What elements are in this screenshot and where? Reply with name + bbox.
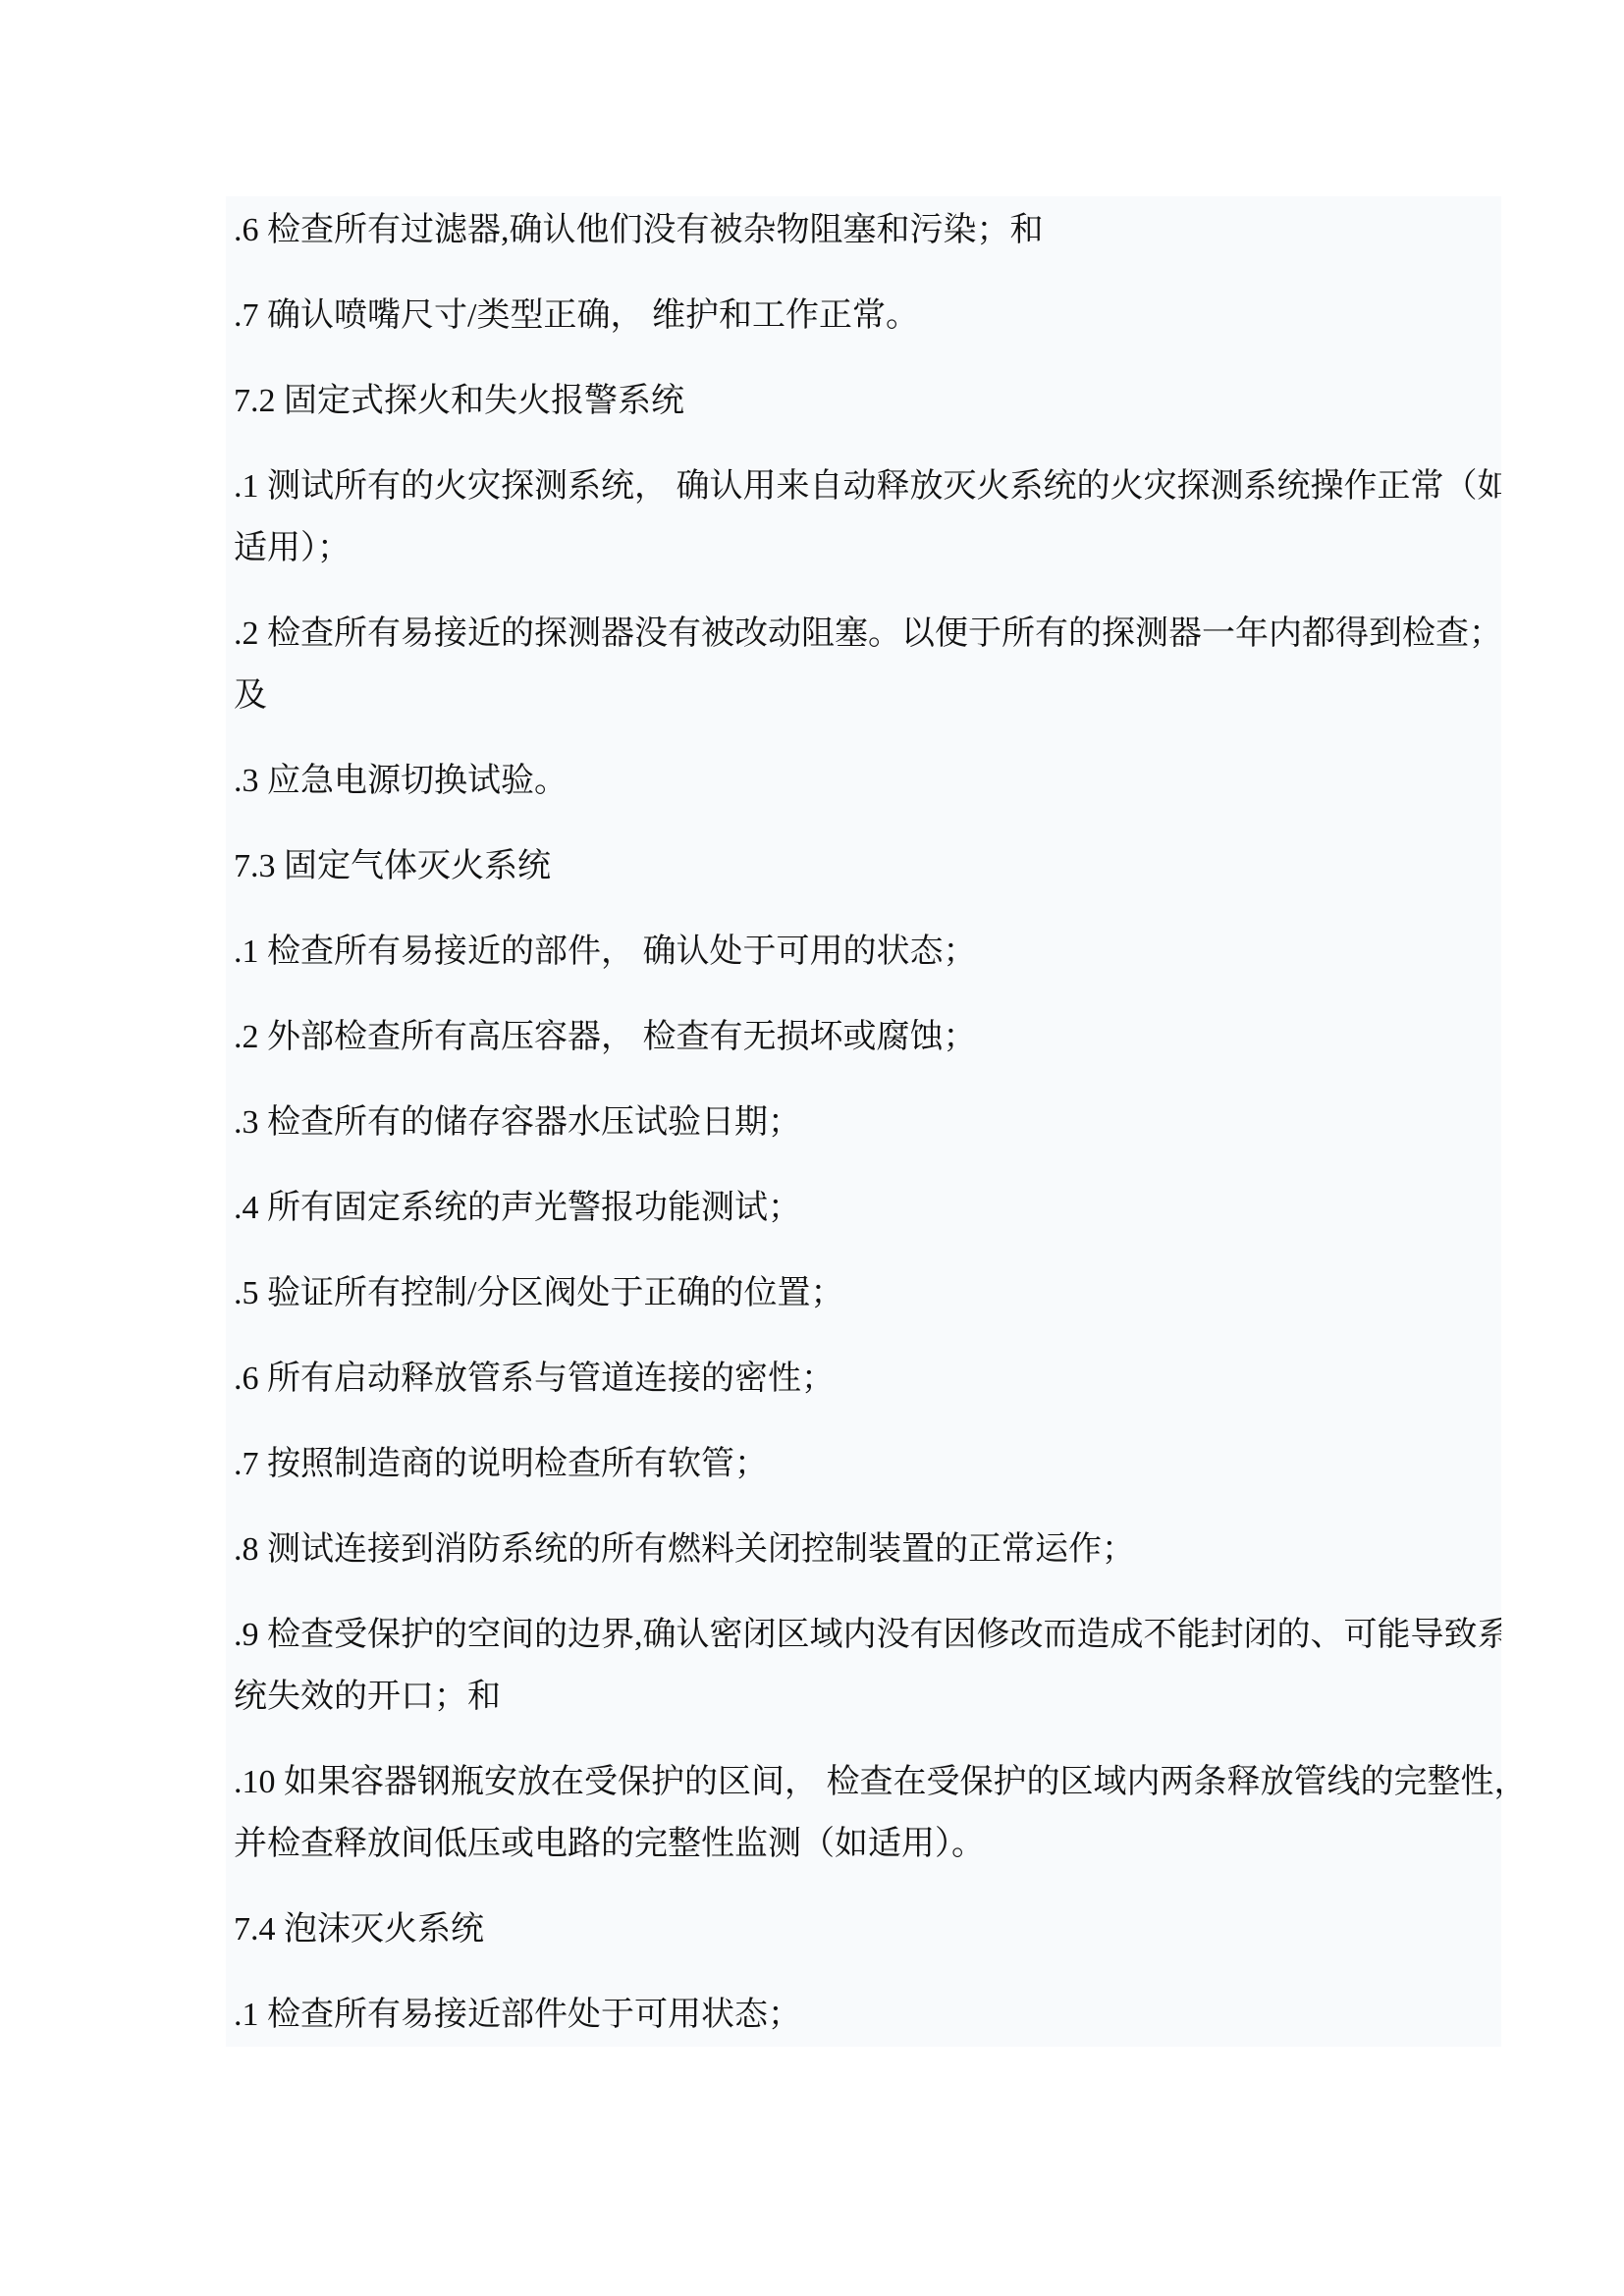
paragraph: .1 检查所有易接近的部件， 确认处于可用的状态； [234, 921, 1493, 983]
text-line: .7 确认喷嘴尺寸/类型正确， 维护和工作正常。 [234, 285, 1493, 347]
text-line: .6 检查所有过滤器,确认他们没有被杂物阻塞和污染；和 [234, 199, 1493, 261]
paragraph: .1 测试所有的火灾探测系统， 确认用来自动释放灭火系统的火灾探测系统操作正常（… [234, 455, 1493, 579]
paragraph: 7.2 固定式探火和失火报警系统 [234, 370, 1493, 432]
paragraph: .2 检查所有易接近的探测器没有被改动阻塞。以便于所有的探测器一年内都得到检查；… [234, 603, 1493, 726]
paragraph: .6 所有启动释放管系与管道连接的密性； [234, 1348, 1493, 1410]
text-line: 7.4 泡沫灭火系统 [234, 1898, 1493, 1960]
text-line: .8 测试连接到消防系统的所有燃料关闭控制装置的正常运作； [234, 1519, 1493, 1580]
text-line: 7.3 固定气体灭火系统 [234, 835, 1493, 897]
paragraph: 7.4 泡沫灭火系统 [234, 1898, 1493, 1960]
text-line: .3 检查所有的储存容器水压试验日期； [234, 1092, 1493, 1153]
document-page: .6 检查所有过滤器,确认他们没有被杂物阻塞和污染；和.7 确认喷嘴尺寸/类型正… [0, 0, 1624, 2296]
paragraph: .5 验证所有控制/分区阀处于正确的位置； [234, 1262, 1493, 1324]
text-line: .1 检查所有易接近部件处于可用状态； [234, 1984, 1493, 2046]
text-line: .5 验证所有控制/分区阀处于正确的位置； [234, 1262, 1493, 1324]
text-line: 统失效的开口；和 [234, 1666, 1493, 1728]
text-line: .2 外部检查所有高压容器， 检查有无损坏或腐蚀； [234, 1006, 1493, 1068]
text-line: 7.2 固定式探火和失火报警系统 [234, 370, 1493, 432]
text-line: .6 所有启动释放管系与管道连接的密性； [234, 1348, 1493, 1410]
text-line: .10 如果容器钢瓶安放在受保护的区间， 检查在受保护的区域内两条释放管线的完整… [234, 1751, 1493, 1813]
paragraph: .7 按照制造商的说明检查所有软管； [234, 1433, 1493, 1495]
text-line: .4 所有固定系统的声光警报功能测试； [234, 1177, 1493, 1239]
text-line: .1 检查所有易接近的部件， 确认处于可用的状态； [234, 921, 1493, 983]
paragraph: .4 所有固定系统的声光警报功能测试； [234, 1177, 1493, 1239]
paragraph: .7 确认喷嘴尺寸/类型正确， 维护和工作正常。 [234, 285, 1493, 347]
text-line: .7 按照制造商的说明检查所有软管； [234, 1433, 1493, 1495]
paragraph: .6 检查所有过滤器,确认他们没有被杂物阻塞和污染；和 [234, 199, 1493, 261]
paragraph: 7.3 固定气体灭火系统 [234, 835, 1493, 897]
text-line: .3 应急电源切换试验。 [234, 750, 1493, 812]
paragraph: .9 检查受保护的空间的边界,确认密闭区域内没有因修改而造成不能封闭的、可能导致… [234, 1604, 1493, 1728]
text-line: 适用）； [234, 517, 1493, 579]
text-line: 及 [234, 665, 1493, 726]
paragraph: .3 检查所有的储存容器水压试验日期； [234, 1092, 1493, 1153]
paragraph: .10 如果容器钢瓶安放在受保护的区间， 检查在受保护的区域内两条释放管线的完整… [234, 1751, 1493, 1875]
paragraph: .3 应急电源切换试验。 [234, 750, 1493, 812]
paragraph: .8 测试连接到消防系统的所有燃料关闭控制装置的正常运作； [234, 1519, 1493, 1580]
text-line: .9 检查受保护的空间的边界,确认密闭区域内没有因修改而造成不能封闭的、可能导致… [234, 1604, 1493, 1666]
text-line: .2 检查所有易接近的探测器没有被改动阻塞。以便于所有的探测器一年内都得到检查； [234, 603, 1493, 665]
text-line: 并检查释放间低压或电路的完整性监测（如适用）。 [234, 1813, 1493, 1875]
paragraph: .2 外部检查所有高压容器， 检查有无损坏或腐蚀； [234, 1006, 1493, 1068]
paragraph: .1 检查所有易接近部件处于可用状态； [234, 1984, 1493, 2046]
text-line: .1 测试所有的火灾探测系统， 确认用来自动释放灭火系统的火灾探测系统操作正常（… [234, 455, 1493, 517]
document-content: .6 检查所有过滤器,确认他们没有被杂物阻塞和污染；和.7 确认喷嘴尺寸/类型正… [226, 196, 1501, 2047]
